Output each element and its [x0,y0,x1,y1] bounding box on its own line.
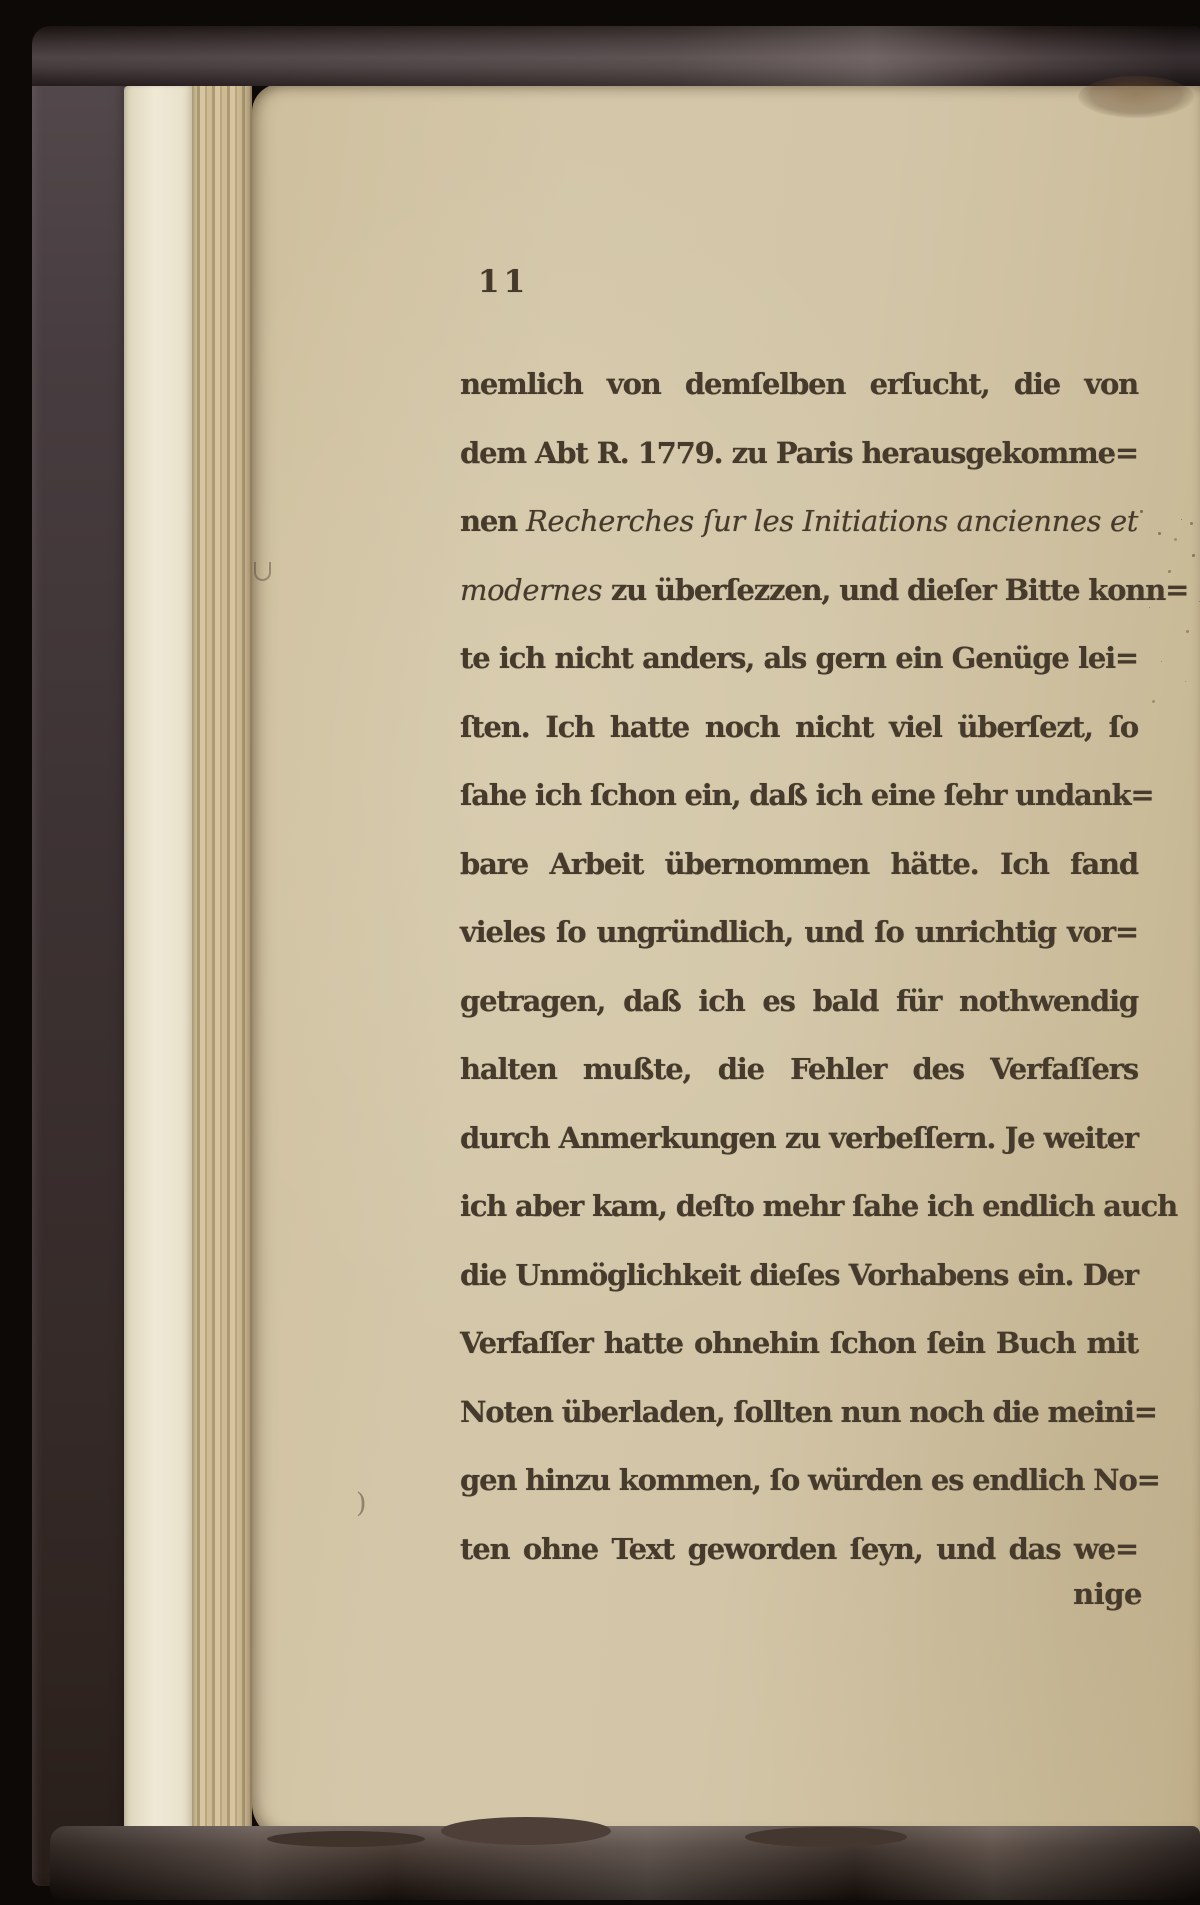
foxing-speckles [1140,510,1143,513]
leather-blemish [1078,76,1194,118]
text-line: nemlich von demſelben erſucht, die von [460,350,1138,419]
text-line: vieles ſo ungründlich, und ſo unrichtig … [460,898,1138,967]
text-line: ich aber kam, deſto mehr ſahe ich endlic… [460,1172,1138,1241]
text-line: durch Anmerkungen zu verbeſſern. Je weit… [460,1104,1138,1173]
text-line: Verfaſſer hatte ohnehin ſchon ſein Buch … [460,1309,1138,1378]
text-segment: gen hinzu kommen, ſo würden es endlich N… [460,1463,1160,1497]
book-scan: ) 11 nemlich von demſelben erſucht, die … [0,0,1200,1905]
text-segment: nemlich von demſelben erſucht, die von [460,367,1138,401]
book-cover-left-edge [32,28,134,1886]
page-number: 11 [478,264,529,300]
text-segment: modernes [460,573,611,607]
endpaper-fore-edge [124,86,192,1842]
text-line: gen hinzu kommen, ſo würden es endlich N… [460,1446,1138,1515]
text-segment: Verfaſſer hatte ohnehin ſchon ſein Buch … [460,1326,1138,1360]
text-line: getragen, daß ich es bald für nothwendig [460,967,1138,1036]
text-segment: die Unmöglichkeit dieſes Vorhabens ein. … [460,1258,1138,1292]
pencil-mark [254,562,271,581]
text-line: nen Recherches ſur les Initiations ancie… [460,487,1138,556]
text-block: nemlich von demſelben erſucht, die vonde… [460,350,1138,1583]
text-segment: getragen, daß ich es bald für nothwendig [460,984,1138,1018]
text-line: te ich nicht anders, als gern ein Genüge… [460,624,1138,693]
book-cover-bottom-edge [50,1826,1200,1900]
page-edges-stack [192,78,252,1850]
text-segment: durch Anmerkungen zu verbeſſern. Je weit… [460,1121,1138,1155]
stray-ink-mark: ) [356,1488,367,1519]
text-line: Noten überladen, ſollten nun noch die me… [460,1378,1138,1447]
text-line: modernes zu überſezzen, und dieſer Bitte… [460,556,1138,625]
text-line: bare Arbeit übernommen hätte. Ich fand [460,830,1138,899]
text-segment: ſahe ich ſchon ein, daß ich eine ſehr un… [460,778,1154,812]
text-segment: bare Arbeit übernommen hätte. Ich fand [460,847,1138,881]
text-line: dem Abt R. 1779. zu Paris herausgekomme= [460,419,1138,488]
text-segment: ten ohne Text geworden ſeyn, und das we= [460,1532,1138,1566]
text-segment: Recherches ſur les Initiations anciennes… [526,504,1138,538]
text-line: halten mußte, die Fehler des Verfaſſers [460,1035,1138,1104]
text-line: die Unmöglichkeit dieſes Vorhabens ein. … [460,1241,1138,1310]
text-line: ſahe ich ſchon ein, daß ich eine ſehr un… [460,761,1138,830]
text-line: ſten. Ich hatte noch nicht viel überſezt… [460,693,1138,762]
text-segment: nen [460,504,526,538]
text-segment: ſten. Ich hatte noch nicht viel überſezt… [460,710,1138,744]
text-segment: te ich nicht anders, als gern ein Genüge… [460,641,1138,675]
text-segment: halten mußte, die Fehler des Verfaſſers [460,1052,1138,1086]
text-segment: ich aber kam, deſto mehr ſahe ich endlic… [460,1189,1177,1223]
text-segment: vieles ſo ungründlich, und ſo unrichtig … [460,915,1138,949]
book-page: ) 11 nemlich von demſelben erſucht, die … [252,84,1200,1840]
catchword: nige [1042,1577,1142,1611]
text-segment: Noten überladen, ſollten nun noch die me… [460,1395,1157,1429]
text-segment: zu überſezzen, und dieſer Bitte konn= [611,573,1188,607]
book-cover-top-edge [32,26,1200,86]
text-segment: dem Abt R. 1779. zu Paris herausgekomme= [460,436,1138,470]
text-line: ten ohne Text geworden ſeyn, und das we= [460,1515,1138,1584]
